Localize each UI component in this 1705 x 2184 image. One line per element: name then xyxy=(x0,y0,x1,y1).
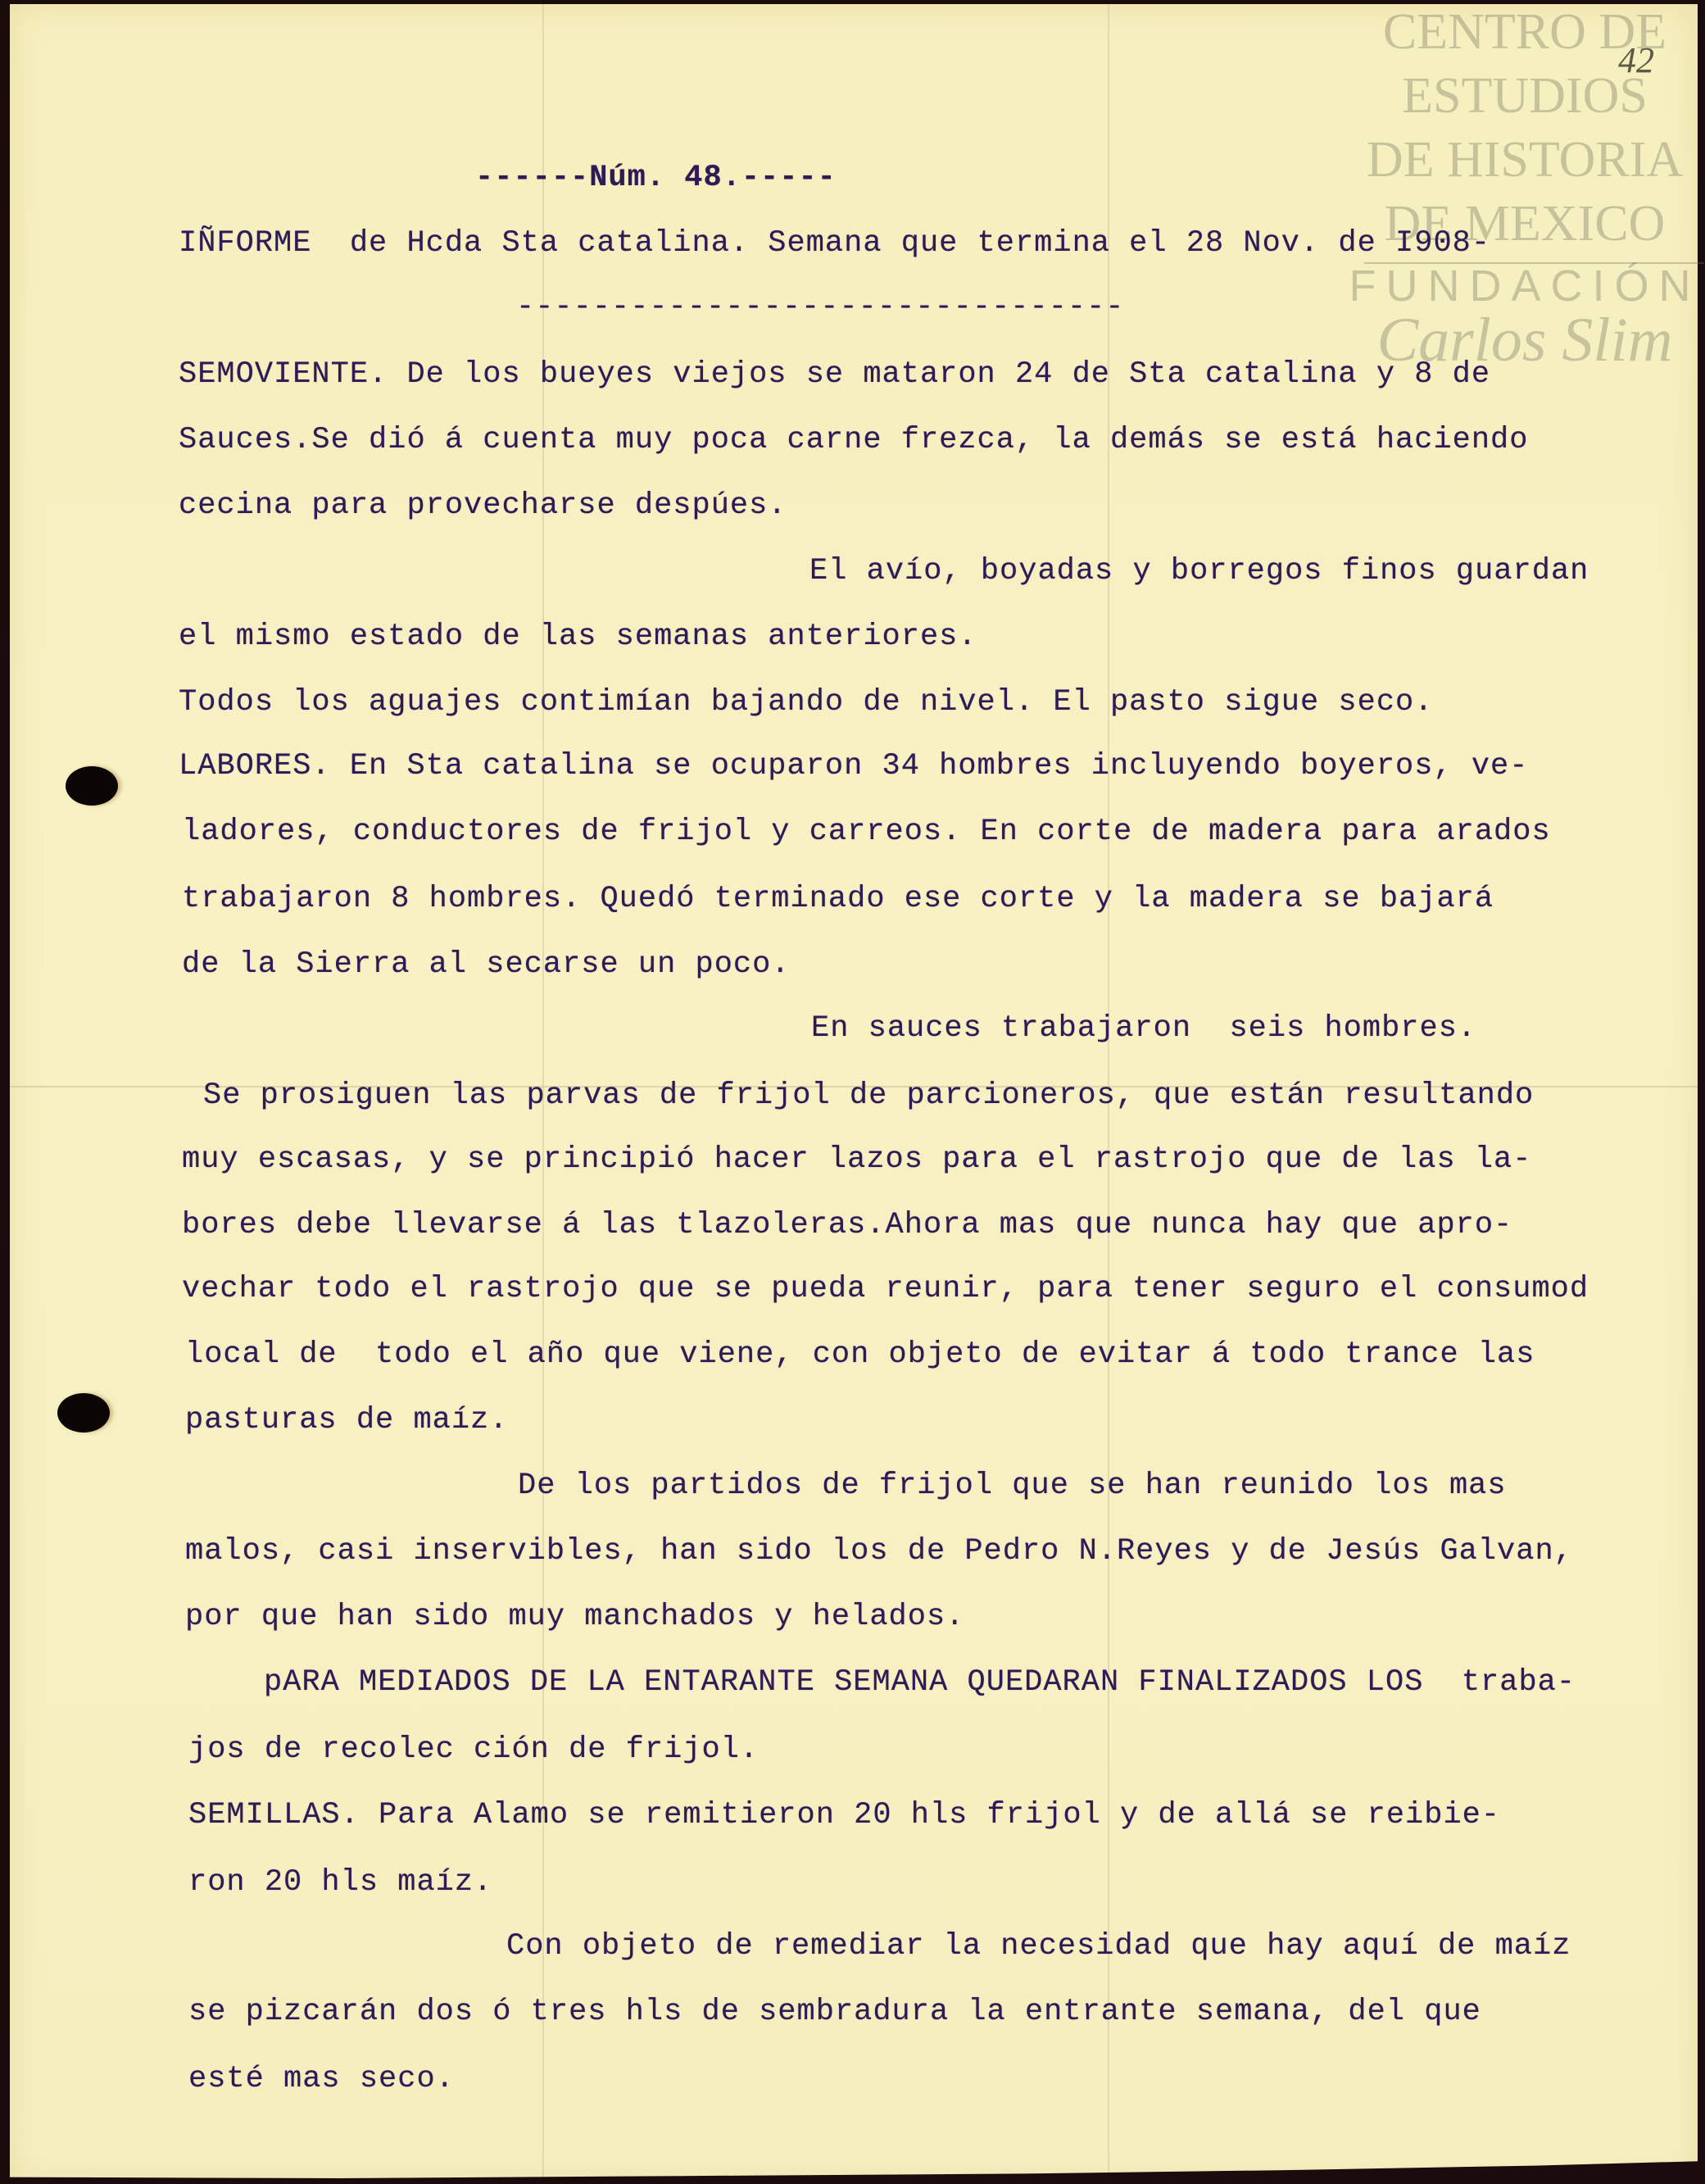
punch-hole xyxy=(66,766,118,806)
text-line: trabajaron 8 hombres. Quedó terminado es… xyxy=(182,882,1494,916)
text-line: ron 20 hls maíz. xyxy=(188,1865,492,1900)
text-line: esté mas seco. xyxy=(188,2062,455,2096)
document-number: ------Núm. 48.----- xyxy=(475,161,837,195)
text-line: Sauces.Se dió á cuenta muy poca carne fr… xyxy=(179,423,1528,457)
text-line: por que han sido muy manchados y helados… xyxy=(185,1600,964,1634)
text-line: Con objeto de remediar la necesidad que … xyxy=(506,1929,1571,1964)
text-line: pARA MEDIADOS DE LA ENTARANTE SEMANA QUE… xyxy=(264,1665,1576,1700)
text-line: pasturas de maíz. xyxy=(185,1403,508,1437)
text-line: el mismo estado de las semanas anteriore… xyxy=(179,620,977,654)
text-line: En sauces trabajaron seis hombres. xyxy=(811,1011,1476,1046)
text-line: LABORES. En Sta catalina se ocuparon 34 … xyxy=(179,749,1528,783)
text-line: vechar todo el rastrojo que se pueda reu… xyxy=(182,1272,1589,1306)
text-line: Se prosiguen las parvas de frijol de par… xyxy=(203,1078,1534,1113)
document-title: IÑFORME de Hcda Sta catalina. Semana que… xyxy=(179,226,1490,261)
watermark-foundation: FUNDACIÓN xyxy=(1345,261,1705,311)
text-line: muy escasas, y se principió hacer lazos … xyxy=(182,1142,1531,1177)
text-line: El avío, boyadas y borregos finos guarda… xyxy=(809,554,1589,588)
title-underline: -------------------------------- xyxy=(516,290,1125,325)
text-line: Todos los aguajes contimían bajando de n… xyxy=(179,685,1433,720)
watermark-line: DE HISTORIA xyxy=(1345,128,1705,192)
punch-hole xyxy=(57,1393,110,1433)
text-line: bores debe llevarse á las tlazoleras.Aho… xyxy=(182,1208,1512,1242)
folio-number: 42 xyxy=(1618,39,1654,81)
text-line: malos, casi inservibles, han sido los de… xyxy=(185,1534,1573,1569)
text-line: jos de recolec ción de frijol. xyxy=(188,1732,759,1767)
watermark-rule xyxy=(1364,262,1704,264)
text-line: se pizcarán dos ó tres hls de sembradura… xyxy=(188,1995,1481,2029)
text-line: local de todo el año que viene, con obje… xyxy=(185,1337,1535,1372)
text-line: de la Sierra al secarse un poco. xyxy=(182,947,791,982)
text-line: ladores, conductores de frijol y carreos… xyxy=(182,815,1551,849)
text-line: SEMOVIENTE. De los bueyes viejos se mata… xyxy=(179,357,1490,392)
text-line: De los partidos de frijol que se han reu… xyxy=(518,1469,1507,1503)
text-line: SEMILLAS. Para Alamo se remitieron 20 hl… xyxy=(188,1798,1500,1832)
text-line: cecina para provecharse despúes. xyxy=(179,488,787,523)
